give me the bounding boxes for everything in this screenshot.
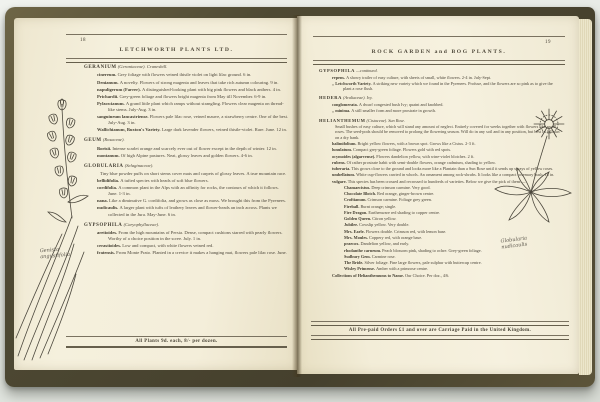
plant-name: umbellatum. (332, 172, 356, 177)
plant-entry: Chocolate Blotch. Red orange, ginger-bro… (319, 191, 561, 196)
left-page-number: 18 (80, 38, 86, 43)
plant-name: Fireball. (344, 204, 360, 209)
genus-name: HEDERA (319, 95, 342, 100)
genus-name: GYPSOPHILA (319, 68, 355, 73)
plant-name: cinereum. (97, 72, 118, 77)
plant-name: sanguineum lancastriense. (97, 114, 150, 119)
plant-name: nana. (97, 198, 109, 203)
photo-backdrop: 18 LETCHWORTH PLANTS LTD. GERANIUM (Gera… (0, 0, 600, 402)
plant-description: A showy trailer of easy culture, with sh… (346, 75, 491, 80)
plant-entry: repens. A showy trailer of easy culture,… (319, 75, 561, 80)
plant-name: Wisley Primrose. (344, 266, 376, 271)
plant-entry: The Bride. Silver foliage. Fine large fl… (319, 260, 561, 265)
open-catalog-book: 18 LETCHWORTH PLANTS LTD. GERANIUM (Gera… (5, 7, 595, 387)
right-page-footer: All Pre-paid Orders £1 and over are Carr… (311, 321, 569, 340)
left-page-content: GERANIUM (Geraniaceae). Cranesbill.ciner… (84, 64, 288, 334)
plant-description: A common plant in the Alps with an affin… (108, 185, 279, 196)
plant-name: repens. (332, 75, 346, 80)
plant-entry: Denianum. A novelty. Flowers of strong m… (84, 80, 288, 86)
caption-species: angustifolia (40, 252, 70, 260)
plant-name: Mrs. Moules. (344, 235, 369, 240)
plant-entry: rhodanthe carneum. Peach blossom pink, s… (319, 248, 561, 253)
plant-entry: Prichardii. Grey-green foliage and flowe… (84, 94, 288, 100)
plant-name: Borisii. (97, 146, 112, 151)
section-heading: GLOBULARIA (Selaginaceae). (84, 163, 288, 170)
plant-entry: halimifolium. Bright yellow flowers, wit… (319, 141, 561, 146)
plant-entry: bellidifolia. A tufted species with head… (84, 178, 288, 184)
plant-description: Intense scarlet orange and scarcely ever… (112, 146, 277, 151)
plant-description: Carmine rose. (372, 254, 396, 259)
plant-entry: Fire Dragon. Earthenware red shading to … (319, 210, 561, 215)
plant-name: cordifolia. (97, 185, 118, 190)
catalog-section: GYPSOPHILA (Caryophyllaceae).aretioides.… (84, 222, 288, 257)
plant-description: Crimson carmine. Foliage grey green. (368, 197, 432, 202)
plant-entry: cinereum. Grey foliage with flowers vein… (84, 72, 288, 78)
genus-name: GEUM (84, 138, 102, 143)
plant-name: Mrs. Earle. (344, 229, 366, 234)
plant-entry: „ Letchworth Variety. A striking new var… (319, 81, 561, 92)
plant-entry: tuberaria. This grows close to the groun… (319, 166, 561, 171)
left-page-title: LETCHWORTH PLANTS LTD. (120, 47, 234, 53)
plant-name: Prichardii. (97, 94, 119, 99)
plant-entry: Collections of Helianthemums to Name. Ou… (319, 273, 561, 278)
plant-entry: Borisii. Intense scarlet orange and scar… (84, 146, 288, 152)
family-note: —continued. (355, 68, 378, 73)
catalog-section: HEDERA (Araliaceae). Ivy.conglomerata. A… (319, 95, 561, 113)
plant-description: White cup-flowers carried in whorls. An … (356, 172, 554, 177)
right-page-content: GYPSOPHILA —continued.repens. A showy tr… (319, 68, 561, 320)
plant-entry: napuligerum (Farrer). A distinguished-lo… (84, 87, 288, 93)
plant-name: Croftianum. (344, 197, 368, 202)
plant-description: Coppery red, with orange base. (369, 235, 422, 240)
plant-entry: Pylzowianum. A grand little plant which … (84, 101, 288, 113)
left-page: 18 LETCHWORTH PLANTS LTD. GERANIUM (Gera… (14, 18, 297, 370)
plant-entry: umbellatum. White cup-flowers carried in… (319, 172, 561, 177)
section-heading: GERANIUM (Geraniaceae). Cranesbill. (84, 64, 288, 71)
plant-name: rhodanthe carneum. (344, 248, 382, 253)
catalog-section: GERANIUM (Geraniaceae). Cranesbill.ciner… (84, 64, 288, 133)
plant-name: Fire Dragon. (344, 210, 368, 215)
plant-description: Flowers double. Crimson red, with lemon … (366, 229, 447, 234)
genus-name: HELIANTHEMUM (319, 118, 365, 123)
plant-entry: nudicaulis. A larger plant with tufts of… (84, 205, 288, 217)
plant-name: aretioides. (97, 230, 118, 235)
plant-entry: Chamaecistus. Deep crimson carmine. Very… (319, 185, 561, 190)
plant-name: The Bride. (344, 260, 364, 265)
plant-description: Amber with a primrose centre. (376, 266, 428, 271)
plant-name: „ Letchworth Variety. (332, 81, 373, 86)
family-note: (Cistaceae). Sun Rose. (365, 118, 405, 123)
plant-description: From Monte Prato. Planted in a crevice i… (116, 250, 287, 255)
plant-description: Earthenware red shading to copper centre… (368, 210, 440, 215)
plant-description: This grows close to the ground and looks… (351, 166, 553, 171)
plant-description: Silver foliage. Fine large flowers, pale… (364, 260, 481, 265)
section-heading: HELIANTHEMUM (Cistaceae). Sun Rose. (319, 118, 561, 124)
right-footer-text: All Pre-paid Orders £1 and over are Carr… (311, 326, 569, 335)
left-illustration-caption: Genista angustifolia (40, 247, 71, 261)
header-rule-double (313, 60, 565, 65)
plant-description: From the high mountains of Persia. Dense… (108, 230, 283, 241)
plant-description: A striking new variety which we found in… (343, 81, 553, 91)
plant-name: tuberaria. (332, 166, 351, 171)
catalog-section: HELIANTHEMUM (Cistaceae). Sun Rose.Small… (319, 118, 561, 278)
plant-entry: Croftianum. Crimson carmine. Foliage gre… (319, 197, 561, 202)
plant-name: vulgare. (332, 179, 348, 184)
plant-description: A dwarf congested bush Ivy; quaint and k… (359, 102, 444, 107)
section-heading: GYPSOPHILA —continued. (319, 68, 561, 74)
plant-name: bellidifolia. (97, 178, 120, 183)
plant-description: Bright yellow flowers, with a brown spot… (358, 141, 476, 146)
plant-description: Large dark lavender flowers, veined this… (162, 127, 287, 132)
plant-name: Golden Queen. (344, 216, 372, 221)
plant-entry: nana. Like a diminutive G. cordifolia, a… (84, 198, 288, 204)
plant-name: „ minima. (332, 108, 351, 113)
section-heading: GEUM (Rosaceae). (84, 137, 288, 144)
plant-entry: vulgare. This species has been crossed a… (319, 179, 561, 184)
plant-entry: sanguineum lancastriense. Flowers pale l… (84, 114, 288, 126)
plant-description: Low and compact, with white flowers vein… (122, 243, 213, 248)
plant-description: Like a diminutive G. cordifolia, and gro… (109, 198, 286, 203)
plant-name: Chamaecistus. (344, 185, 371, 190)
family-note: (Rosaceae). (102, 137, 125, 142)
plant-name: napuligerum (Farrer). (97, 87, 142, 92)
plant-description: Flowers dandelion yellow, with wine-viol… (376, 154, 474, 159)
plant-name: Chocolate Blotch. (344, 191, 377, 196)
header-rule-double (66, 58, 287, 63)
plant-name: Sudbury Gem. (344, 254, 372, 259)
page-stack-edge (579, 19, 592, 375)
family-note: (Selaginaceae). (124, 163, 154, 168)
plant-description: Citron yellow. (372, 216, 396, 221)
right-page-header: ROCK GARDEN and BOG PLANTS. 19 (313, 36, 565, 65)
plant-entry: ocymoides (algarvense). Flowers dandelio… (319, 154, 561, 159)
plant-description: A novelty. Flowers of strong magenta and… (120, 80, 279, 85)
plant-name: ocymoides (algarvense). (332, 154, 376, 159)
plant-name: cerastioides. (97, 243, 122, 248)
genus-name: GERANIUM (84, 65, 117, 70)
plant-description: Burnt orange; single. (360, 204, 396, 209)
plant-description: Peach blossom pink, shading to ochre. Gr… (382, 248, 482, 253)
plant-description: Our Choice. Per doz., 4/6. (405, 273, 449, 278)
plant-description: A distinguished-looking plant with big p… (142, 87, 281, 92)
left-footer-text: All Plants 9d. each, 8/- per dozen. (66, 337, 287, 346)
plant-name: Wallichianum, Buxton's Variety. (97, 127, 162, 132)
plant-entry: cordifolia. A common plant in the Alps w… (84, 185, 288, 197)
plant-description: Grey foliage with flowers veined thistle… (118, 72, 252, 77)
left-page-footer: All Plants 9d. each, 8/- per dozen. (66, 336, 287, 348)
plant-entry: cerastioides. Low and compact, with whit… (84, 243, 288, 249)
plant-entry: montanum. Of high Alpine pastures. Neat,… (84, 153, 288, 159)
plant-entry: Wallichianum, Buxton's Variety. Large da… (84, 127, 288, 133)
section-heading: HEDERA (Araliaceae). Ivy. (319, 95, 561, 101)
plant-name: lunulatum. (332, 147, 353, 152)
catalog-section: GLOBULARIA (Selaginaceae).Tiny blue powd… (84, 163, 288, 218)
plant-name: Jubilee. (344, 222, 359, 227)
plant-name: Denianum. (97, 80, 120, 85)
footer-rule (66, 346, 287, 348)
plant-description: A tufted species with heads of soft blue… (120, 178, 208, 183)
plant-description: A still smaller form and more prostrate … (351, 108, 436, 113)
plant-entry: „ minima. A still smaller form and more … (319, 108, 561, 113)
plant-name: rubens. (332, 160, 347, 165)
plant-name: fratensis. (97, 250, 116, 255)
plant-entry: Fireball. Burnt orange; single. (319, 204, 561, 209)
right-page-title: ROCK GARDEN and BOG PLANTS. (372, 49, 507, 55)
right-page-number: 19 (545, 40, 551, 45)
plant-entry: Wisley Primrose. Amber with a primrose c… (319, 266, 561, 271)
right-page: ROCK GARDEN and BOG PLANTS. 19 GYPSOPHIL… (297, 16, 579, 374)
catalog-section: GEUM (Rosaceae).Borisii. Intense scarlet… (84, 137, 288, 159)
plant-description: Of rather prostrate habit with semi-doub… (347, 160, 496, 165)
plant-name: halimifolium. (332, 141, 358, 146)
plant-entry: lunulatum. Compact grey-green foliage. F… (319, 147, 561, 152)
plant-description: Compact grey-green foliage. Flowers gold… (353, 147, 451, 152)
plant-description: Red orange, ginger-brown centre. (377, 191, 434, 196)
genus-name: GLOBULARIA (84, 164, 124, 169)
left-page-header: 18 LETCHWORTH PLANTS LTD. (66, 34, 287, 63)
catalog-section: GYPSOPHILA —continued.repens. A showy tr… (319, 68, 561, 91)
plant-name: nudicaulis. (97, 205, 119, 210)
plant-description: Dandelion yellow, and early. (361, 241, 410, 246)
plant-entry: rubens. Of rather prostrate habit with s… (319, 160, 561, 165)
plant-description: This species has been crossed and recros… (348, 179, 526, 184)
plant-entry: Sudbury Gem. Carmine rose. (319, 254, 561, 259)
plant-description: Deep crimson carmine. Very good. (371, 185, 430, 190)
plant-entry: fratensis. From Monte Prato. Planted in … (84, 250, 288, 256)
plant-name: Collections of Helianthemums to Name. (332, 273, 405, 278)
plant-entry: Golden Queen. Citron yellow. (319, 216, 561, 221)
plant-entry: Jubilee. Cowslip yellow. Very double. (319, 222, 561, 227)
plant-entry: conglomerata. A dwarf congested bush Ivy… (319, 102, 561, 107)
plant-description: Grey-green foliage and flowers bright ma… (119, 94, 266, 99)
plant-name: conglomerata. (332, 102, 359, 107)
plant-description: A grand little plant which ramps without… (108, 101, 284, 112)
section-intro: Small bushes of easy culture, which will… (319, 124, 561, 140)
section-heading: GYPSOPHILA (Caryophyllaceae). (84, 222, 288, 229)
plant-entry: Mrs. Earle. Flowers double. Crimson red,… (319, 229, 561, 234)
plant-name: Pylzowianum. (97, 101, 126, 106)
genus-name: GYPSOPHILA (84, 223, 122, 228)
plant-description: Of high Alpine pastures. Neat, glossy le… (121, 153, 253, 158)
plant-name: montanum. (97, 153, 121, 158)
family-note: (Geraniaceae). Cranesbill. (117, 64, 168, 69)
footer-rule (311, 335, 569, 340)
plant-name: praecox. (344, 241, 361, 246)
family-note: (Araliaceae). Ivy. (342, 95, 373, 100)
section-intro: Tiny blue powder puffs on short stems co… (84, 171, 288, 177)
family-note: (Caryophyllaceae). (122, 222, 159, 227)
plant-description: A larger plant with tufts of leathery le… (108, 205, 277, 216)
plant-description: Cowslip yellow. Very double. (359, 222, 409, 227)
plant-entry: aretioides. From the high mountains of P… (84, 230, 288, 242)
